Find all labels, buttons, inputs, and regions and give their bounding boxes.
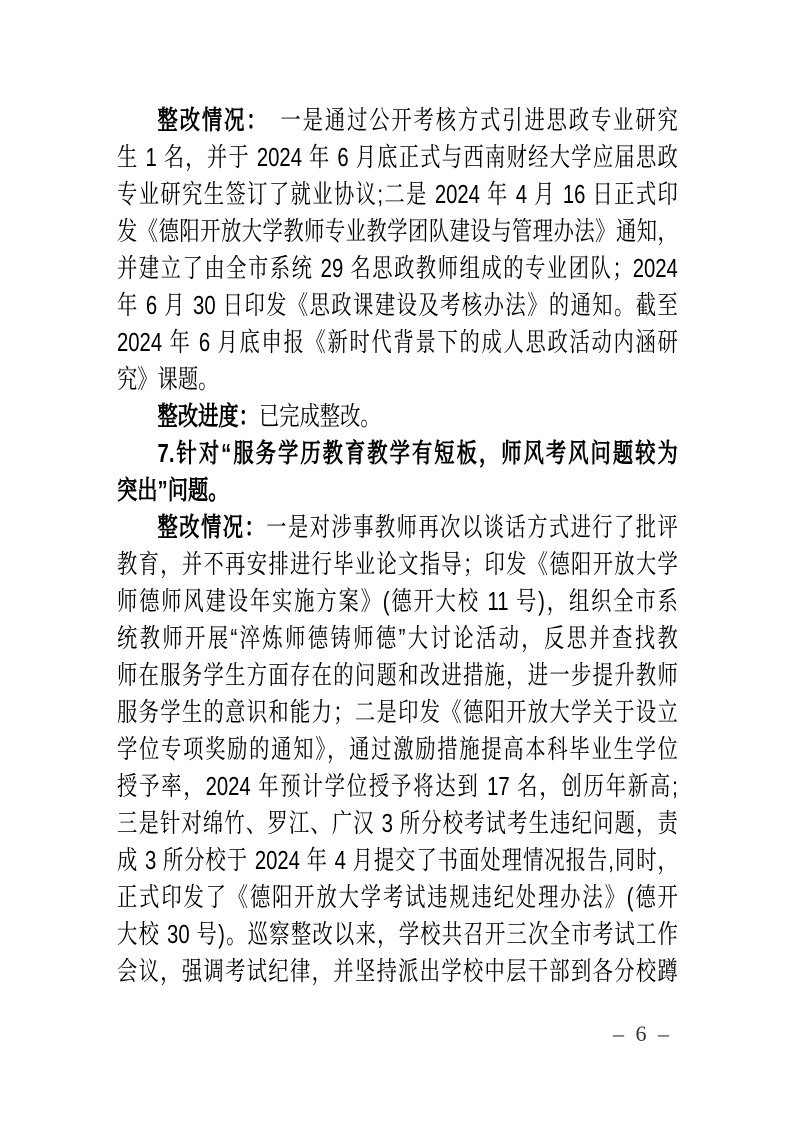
text-segment: 大校 30 号)。巡察整改以来，学校共召开三次全市考试工作 (117, 919, 678, 949)
text-line: 并建立了由全市系统 29 名思政教师组成的专业团队；2024 (117, 250, 678, 287)
text-line: 师在服务学生方面存在的问题和改进措施，进一步提升教师 (117, 657, 678, 694)
text-line: 2024 年 6 月底申报《新时代背景下的成人思政活动内涵研 (117, 324, 678, 361)
text-line: 统教师开展“淬炼师德铸师德”大讨论活动，反思并查找教 (117, 620, 678, 657)
text-line: 突出”问题。 (117, 472, 678, 509)
text-segment: 生 1 名，并于 2024 年 6 月底正式与西南财经大学应届思政 (117, 142, 678, 172)
text-segment: 成 3 所分校于 2024 年 4 月提交了书面处理情况报告,同时， (117, 845, 678, 875)
text-segment: 年 6 月 30 日印发《思政课建设及考核办法》的通知。截至 (117, 290, 678, 320)
text-line: 学位专项奖励的通知》，通过激励措施提高本科毕业生学位 (117, 731, 678, 768)
text-line: 发《德阳开放大学教师专业教学团队建设与管理办法》通知， (117, 213, 678, 250)
bold-text-segment: 整改进度： (158, 401, 259, 431)
text-line: 年 6 月 30 日印发《思政课建设及考核办法》的通知。截至 (117, 287, 678, 324)
text-line: 会议，强调考试纪律，并坚持派出学校中层干部到各分校蹲 (117, 953, 678, 990)
text-line: 服务学生的意识和能力；二是印发《德阳开放大学关于设立 (117, 694, 678, 731)
bold-text-segment: 整改情况： (158, 512, 267, 542)
text-segment: 专业研究生签订了就业协议;二是 2024 年 4 月 16 日正式印 (117, 179, 678, 209)
text-line: 整改情况： 一是通过公开考核方式引进思政专业研究 (117, 102, 678, 139)
text-line: 三是针对绵竹、罗江、广汉 3 所分校考试考生违纪问题，责 (117, 805, 678, 842)
text-segment: 会议，强调考试纪律，并坚持派出学校中层干部到各分校蹲 (117, 956, 678, 986)
document-page: 整改情况： 一是通过公开考核方式引进思政专业研究生 1 名，并于 2024 年 … (0, 0, 793, 1122)
text-segment: 教育，并不再安排进行毕业论文指导；印发《德阳开放大学 (117, 549, 678, 579)
text-segment: 一是通过公开考核方式引进思政专业研究 (258, 105, 677, 135)
text-line: 大校 30 号)。巡察整改以来，学校共召开三次全市考试工作 (117, 916, 678, 953)
text-segment: 学位专项奖励的通知》，通过激励措施提高本科毕业生学位 (117, 734, 678, 764)
text-segment: 授予率，2024 年预计学位授予将达到 17 名，创历年新高; (117, 771, 678, 801)
page-number: – 6 – (0, 1021, 672, 1047)
text-segment: 究》课题。 (117, 364, 218, 394)
text-line: 整改情况：一是对涉事教师再次以谈话方式进行了批评 (117, 509, 678, 546)
text-segment: 并建立了由全市系统 29 名思政教师组成的专业团队；2024 (117, 253, 678, 283)
text-segment: 2024 年 6 月底申报《新时代背景下的成人思政活动内涵研 (117, 327, 678, 357)
text-segment: 师在服务学生方面存在的问题和改进措施，进一步提升教师 (117, 660, 678, 690)
text-segment: 三是针对绵竹、罗江、广汉 3 所分校考试考生违纪问题，责 (117, 808, 678, 838)
bold-text-segment: 7.针对“服务学历教育教学有短板，师风考风问题较为 (158, 438, 678, 468)
text-segment: 发《德阳开放大学教师专业教学团队建设与管理办法》通知， (117, 216, 678, 246)
text-segment: 已完成整改。 (259, 401, 381, 431)
document-body: 整改情况： 一是通过公开考核方式引进思政专业研究生 1 名，并于 2024 年 … (117, 102, 678, 990)
text-line: 7.针对“服务学历教育教学有短板，师风考风问题较为 (117, 435, 678, 472)
text-line: 授予率，2024 年预计学位授予将达到 17 名，创历年新高; (117, 768, 678, 805)
text-segment: 正式印发了《德阳开放大学考试违规违纪处理办法》(德开 (117, 882, 678, 912)
bold-text-segment: 突出”问题。 (117, 475, 229, 505)
text-line: 专业研究生签订了就业协议;二是 2024 年 4 月 16 日正式印 (117, 176, 678, 213)
text-line: 成 3 所分校于 2024 年 4 月提交了书面处理情况报告,同时， (117, 842, 678, 879)
text-segment: 服务学生的意识和能力；二是印发《德阳开放大学关于设立 (117, 697, 678, 727)
text-segment: 统教师开展“淬炼师德铸师德”大讨论活动，反思并查找教 (117, 623, 678, 653)
text-segment: 师德师风建设年实施方案》(德开大校 11 号)，组织全市系 (117, 586, 678, 616)
text-segment: 一是对涉事教师再次以谈话方式进行了批评 (266, 512, 678, 542)
text-line: 究》课题。 (117, 361, 678, 398)
text-line: 正式印发了《德阳开放大学考试违规违纪处理办法》(德开 (117, 879, 678, 916)
text-line: 师德师风建设年实施方案》(德开大校 11 号)，组织全市系 (117, 583, 678, 620)
text-line: 教育，并不再安排进行毕业论文指导；印发《德阳开放大学 (117, 546, 678, 583)
text-line: 生 1 名，并于 2024 年 6 月底正式与西南财经大学应届思政 (117, 139, 678, 176)
bold-text-segment: 整改情况： (158, 105, 259, 135)
text-line: 整改进度：已完成整改。 (117, 398, 678, 435)
